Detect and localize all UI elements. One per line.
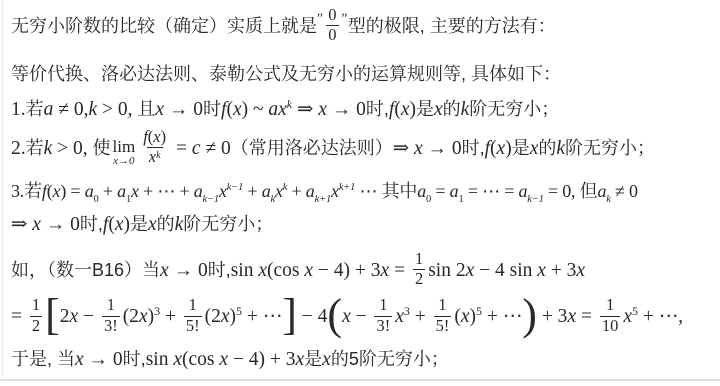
- math-token: 1: [189, 295, 197, 314]
- math-token: −: [78, 306, 99, 327]
- math-token: k: [283, 176, 287, 200]
- math-token: x: [219, 349, 228, 370]
- math-token: x: [466, 260, 475, 281]
- math-token: k: [271, 188, 275, 212]
- fraction-denominator: 2: [30, 316, 42, 336]
- fraction-denominator: 2: [413, 269, 425, 289]
- math-token: 的: [157, 214, 175, 234]
- math-token: 时,: [208, 260, 231, 280]
- math-token: ″: [342, 11, 348, 27]
- math-token: ⇒: [393, 138, 414, 159]
- fraction-denominator: 3!: [102, 316, 120, 336]
- math-token: 1: [379, 295, 387, 314]
- math-token: 10: [602, 316, 619, 335]
- math-token: a: [518, 181, 527, 201]
- math-token: x: [75, 349, 84, 370]
- math-token: 时,: [80, 214, 103, 234]
- math-token: 阶无穷小；: [183, 214, 273, 234]
- math-token: 1: [438, 295, 446, 314]
- math-token: k: [606, 188, 610, 212]
- math-token: x: [567, 306, 576, 327]
- math-token: k−1: [527, 188, 543, 212]
- math-token: a: [306, 181, 315, 201]
- math-token: 时,: [366, 99, 389, 119]
- math-token: k: [556, 138, 565, 159]
- fraction: 15!: [434, 296, 452, 336]
- math-token: → 0: [423, 138, 462, 159]
- math-token: +: [410, 306, 431, 327]
- math-token: 且: [137, 99, 155, 119]
- math-token: a: [85, 181, 94, 201]
- math-token: =: [389, 260, 410, 281]
- fraction: 110: [600, 296, 621, 336]
- math-token: x: [395, 306, 404, 327]
- fraction: 15!: [184, 296, 202, 336]
- math-token: x: [148, 214, 157, 235]
- math-token: x: [537, 260, 546, 281]
- math-token: k: [156, 150, 160, 162]
- math-token: 3!: [376, 316, 390, 335]
- math-token: x: [258, 260, 267, 281]
- math-token: 5: [236, 299, 242, 323]
- math-token: ″: [317, 11, 323, 27]
- math-token: x: [623, 306, 632, 327]
- math-token: − 4: [297, 306, 328, 327]
- math-token: x: [576, 260, 585, 281]
- math-token: 时: [203, 99, 221, 119]
- math-token: a: [44, 99, 54, 120]
- math-token: 的: [443, 99, 461, 119]
- math-token: → 0: [84, 349, 123, 370]
- math-token: (cos: [182, 349, 219, 370]
- math-token: → 0: [41, 214, 80, 235]
- math-token: + ⋯: [242, 306, 282, 327]
- math-token: x: [131, 181, 139, 201]
- math-token: (2: [205, 306, 221, 327]
- fraction: 12: [30, 296, 42, 336]
- math-token: =: [11, 306, 27, 327]
- fraction-numerator: 1: [105, 296, 117, 315]
- math-token: =: [431, 181, 450, 201]
- math-token: =: [576, 306, 597, 327]
- math-token: +: [287, 181, 306, 201]
- math-token: k−1: [203, 188, 219, 212]
- math-token: x: [434, 99, 443, 120]
- math-token: 5!: [436, 316, 450, 335]
- math-token: 是: [304, 349, 322, 369]
- math-token: + 3: [546, 260, 577, 281]
- math-token: + ⋯: [482, 306, 522, 327]
- math-token: +: [160, 306, 181, 327]
- math-token: ⇒: [292, 99, 318, 120]
- math-token: 如，（数一B16）当: [11, 260, 160, 280]
- fraction: f(x)xk: [141, 128, 168, 168]
- fraction-denominator: 0: [326, 25, 338, 45]
- math-token: k: [88, 99, 97, 120]
- math-token: 3: [404, 299, 410, 323]
- math-token: x: [155, 99, 164, 120]
- math-token: 的5阶无穷小；: [331, 349, 449, 369]
- math-token: 2: [32, 316, 40, 335]
- math-token: − 4 sin: [474, 260, 537, 281]
- math-token: a: [450, 181, 459, 201]
- math-token: +: [243, 181, 262, 201]
- math-token: ): [161, 127, 167, 146]
- fraction-denominator: xk: [147, 147, 163, 167]
- fraction: 13!: [102, 296, 120, 336]
- math-line-rule-2: 2.若k > 0, 使limx→0f(x)xk = c ≠ 0（常用洛必达法则）…: [11, 130, 714, 170]
- math-token: (cos: [267, 260, 304, 281]
- math-token: x: [331, 181, 339, 201]
- math-token: x: [296, 349, 305, 370]
- math-token: 于是, 当: [11, 349, 75, 369]
- math-token: sin: [146, 349, 174, 370]
- math-token: 1: [458, 188, 463, 212]
- math-token: 0: [328, 5, 336, 24]
- math-token: x: [149, 147, 156, 166]
- math-line-rule-3-conclusion: ⇒ x → 0时,f(x)是x的k阶无穷小；: [11, 212, 714, 238]
- math-token: x: [342, 306, 351, 327]
- math-token: x: [233, 99, 242, 120]
- math-token: 其中: [382, 181, 418, 201]
- math-token: 若: [26, 138, 44, 158]
- math-token: x: [275, 181, 283, 201]
- math-token: k: [287, 92, 292, 116]
- math-line-taylor-expansion: = 12[2x − 13!(2x)3 + 15!(2x)5 + ⋯] − 4(x…: [11, 298, 714, 338]
- math-token: x: [322, 349, 331, 370]
- math-token: a: [417, 181, 426, 201]
- fraction-numerator: 1: [377, 296, 389, 315]
- math-token: ⇒: [11, 214, 32, 235]
- math-token: a: [194, 181, 203, 201]
- math-token: sin 2: [428, 260, 465, 281]
- math-token: −: [351, 306, 372, 327]
- math-token: 时,: [123, 349, 146, 369]
- math-line-rule-1: 1.若a ≠ 0,k > 0, 且x → 0时f(x) ~ axk ⇒ x → …: [11, 97, 714, 123]
- fraction-numerator: f(x): [141, 128, 168, 147]
- math-token: x: [381, 260, 390, 281]
- math-token: 5!: [186, 316, 200, 335]
- fraction-numerator: 1: [413, 250, 425, 269]
- math-token: [: [45, 290, 60, 339]
- math-token: +: [99, 181, 118, 201]
- bottom-divider: [0, 379, 720, 381]
- math-token: 2.: [11, 138, 26, 159]
- math-line-conclusion: 于是, 当x → 0时,sin x(cos x − 4) + 3x是x的5阶无穷…: [11, 347, 714, 373]
- fraction-numerator: 1: [436, 296, 448, 315]
- math-token: ≠ 0,: [53, 99, 88, 120]
- math-token: ): [522, 290, 537, 339]
- math-token: =: [171, 138, 192, 159]
- math-token: 是: [416, 99, 434, 119]
- math-token: > 0,: [97, 99, 137, 120]
- math-token: x: [32, 214, 41, 235]
- math-token: 是: [130, 214, 148, 234]
- math-token: ≠ 0: [611, 181, 638, 201]
- math-token: x: [219, 181, 227, 201]
- math-token: 5: [632, 299, 638, 323]
- math-token: 2: [60, 306, 70, 327]
- math-token: ax: [268, 99, 286, 120]
- math-token: + 3: [537, 306, 568, 327]
- fraction: 12: [413, 250, 425, 290]
- math-token: 若: [24, 181, 42, 201]
- fraction: 00: [326, 6, 338, 46]
- math-token: k: [44, 138, 53, 159]
- math-token: = 0,: [544, 181, 580, 201]
- math-token: x: [173, 349, 182, 370]
- math-token: x: [304, 260, 313, 281]
- math-token: → 0: [164, 99, 203, 120]
- math-line-methods: 等价代换、洛必达法则、泰勒公式及无穷小的运算规则等, 具体如下：: [11, 62, 714, 88]
- math-token: 阶无穷小；: [469, 99, 559, 119]
- math-notes-content: 无穷小阶数的比较（确定）实质上就是″00″型的极限, 主要的方法有： 等价代换、…: [0, 0, 720, 373]
- math-token: 1: [107, 295, 115, 314]
- math-token: ]: [282, 290, 297, 339]
- fraction-denominator: 5!: [434, 316, 452, 336]
- math-token: 0: [94, 188, 99, 212]
- math-token: sin: [231, 260, 259, 281]
- math-token: 时,: [462, 138, 485, 158]
- math-token: x: [497, 138, 506, 159]
- math-token: − 4) + 3: [228, 349, 296, 370]
- fraction-numerator: 0: [326, 6, 338, 25]
- math-line-example: 如，（数一B16）当x → 0时,sin x(cos x − 4) + 3x =…: [11, 252, 714, 292]
- fraction-numerator: 1: [604, 296, 616, 315]
- math-token: x: [414, 138, 423, 159]
- fraction-numerator: 1: [30, 296, 42, 315]
- math-token: c: [192, 138, 201, 159]
- math-token: k: [461, 99, 470, 120]
- math-token: x: [139, 306, 148, 327]
- math-token: 5: [476, 299, 482, 323]
- math-token: 1: [606, 295, 614, 314]
- math-token: x: [461, 306, 470, 327]
- math-token: ) ~: [242, 99, 269, 120]
- fraction-denominator: 5!: [184, 316, 202, 336]
- math-token: x: [70, 306, 79, 327]
- math-token: x: [318, 99, 327, 120]
- math-token: = ⋯ =: [464, 181, 519, 201]
- math-token: 0: [426, 188, 431, 212]
- math-token: → 0: [169, 260, 208, 281]
- math-token: k+1: [339, 176, 355, 200]
- fraction-denominator: 3!: [374, 316, 392, 336]
- math-token: 1.: [11, 99, 26, 120]
- math-token: 使: [93, 138, 111, 158]
- math-token: (: [327, 290, 342, 339]
- math-token: x: [153, 127, 160, 146]
- limit-subscript: x→0: [113, 156, 134, 167]
- math-token: x: [160, 260, 169, 281]
- document-page: 无穷小阶数的比较（确定）实质上就是″00″型的极限, 主要的方法有： 等价代换、…: [0, 0, 720, 386]
- math-token: 等价代换、洛必达法则、泰勒公式及无穷小的运算规则等, 具体如下：: [11, 64, 561, 84]
- math-token: x: [221, 306, 230, 327]
- math-token: 阶无穷小；: [565, 138, 655, 158]
- math-token: 1: [126, 188, 131, 212]
- limit-word: lim: [113, 138, 136, 155]
- math-token: 无穷小阶数的比较（确定）实质上就是: [11, 16, 317, 36]
- math-token: ⋯: [355, 181, 381, 201]
- math-token: > 0,: [52, 138, 92, 159]
- math-token: k: [175, 214, 184, 235]
- math-token: 3: [154, 299, 160, 323]
- math-token: ≠ 0: [201, 138, 231, 159]
- fraction: 13!: [374, 296, 392, 336]
- math-token: a: [117, 181, 126, 201]
- math-token: 型的极限, 主要的方法有：: [348, 16, 556, 36]
- math-line-intro: 无穷小阶数的比较（确定）实质上就是″00″型的极限, 主要的方法有：: [11, 8, 714, 48]
- math-token: − 4) + 3: [313, 260, 381, 281]
- math-token: (2: [123, 306, 139, 327]
- math-token: （常用洛必达法则）: [231, 138, 393, 158]
- math-token: + ⋯ +: [139, 181, 194, 201]
- math-token: a: [597, 181, 606, 201]
- math-token: 1: [32, 295, 40, 314]
- math-token: 若: [26, 99, 44, 119]
- math-token: + ⋯,: [638, 306, 683, 327]
- fraction-denominator: 10: [600, 316, 621, 336]
- math-token: k−1: [227, 176, 243, 200]
- limit-operator: limx→0: [113, 138, 136, 167]
- math-token: k+1: [315, 188, 331, 212]
- math-token: 1: [415, 249, 423, 268]
- math-token: a: [262, 181, 271, 201]
- math-token: 2: [415, 269, 423, 288]
- math-line-rule-3: 3.若f(x) = a0 + a1x + ⋯ + ak−1xk−1 + akxk…: [11, 179, 714, 207]
- math-token: 的: [538, 138, 556, 158]
- math-token: ) =: [60, 181, 84, 201]
- math-token: 但: [580, 181, 598, 201]
- math-token: 是: [512, 138, 530, 158]
- fraction-numerator: 1: [187, 296, 199, 315]
- math-token: 3.: [11, 181, 24, 201]
- math-token: 3!: [104, 316, 118, 335]
- math-token: 0: [328, 25, 336, 44]
- math-token: → 0: [327, 99, 366, 120]
